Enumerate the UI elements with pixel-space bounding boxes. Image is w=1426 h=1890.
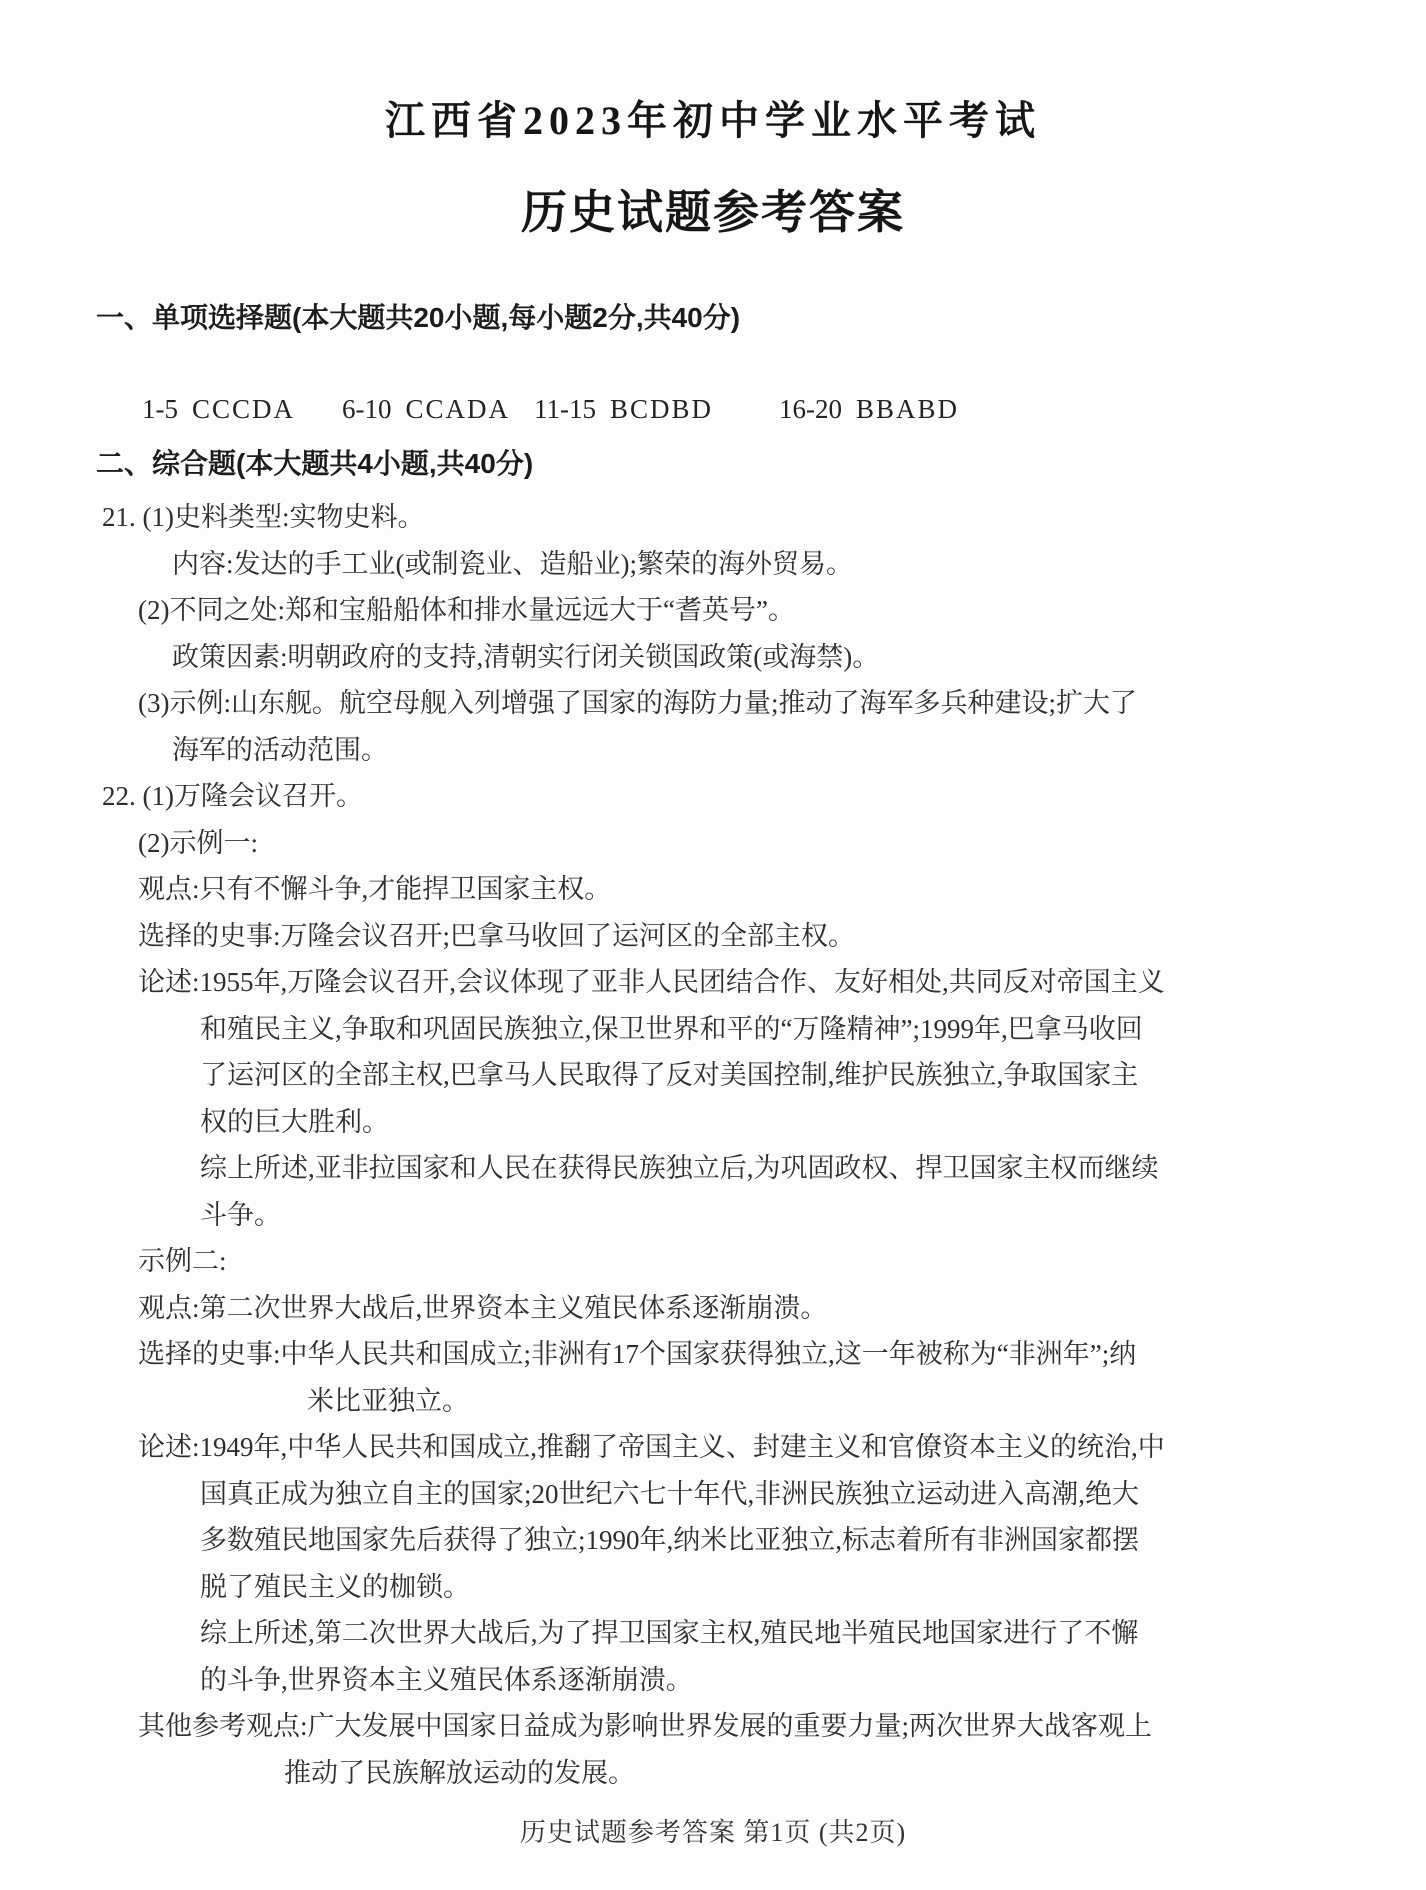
answer-line: 观点:第二次世界大战后,世界资本主义殖民体系逐渐崩溃。 (96, 1285, 1330, 1332)
answer-line: 21. (1)史料类型:实物史料。 (96, 494, 1330, 541)
answer-line: 综上所述,亚非拉国家和人民在获得民族独立后,为巩固政权、捍卫国家主权而继续 (96, 1145, 1330, 1192)
answer-line: 权的巨大胜利。 (96, 1099, 1330, 1146)
answer-range: 6-10 (342, 394, 392, 424)
answer-line: (3)示例:山东舰。航空母舰入列增强了国家的海防力量;推动了海军多兵种建设;扩大… (96, 680, 1330, 727)
answer-letters: BCDBD (610, 394, 713, 424)
answer-line: 论述:1949年,中华人民共和国成立,推翻了帝国主义、封建主义和官僚资本主义的统… (96, 1424, 1330, 1471)
answer-line: 综上所述,第二次世界大战后,为了捍卫国家主权,殖民地半殖民地国家进行了不懈 (96, 1610, 1330, 1657)
section-one-heading: 一、单项选择题(本大题共20小题,每小题2分,共40分) (96, 298, 1330, 338)
answer-key-title: 历史试题参考答案 (96, 182, 1330, 244)
answer-body: 21. (1)史料类型:实物史料。内容:发达的手工业(或制瓷业、造船业);繁荣的… (96, 494, 1330, 1796)
answer-line: 内容:发达的手工业(或制瓷业、造船业);繁荣的海外贸易。 (96, 541, 1330, 588)
answer-letters: CCCDA (192, 394, 295, 424)
answer-line: 示例二: (96, 1238, 1330, 1285)
answer-line: 多数殖民地国家先后获得了独立;1990年,纳米比亚独立,标志着所有非洲国家都摆 (96, 1517, 1330, 1564)
document-page: 江西省2023年初中学业水平考试 历史试题参考答案 一、单项选择题(本大题共20… (0, 0, 1426, 1890)
page-footer: 历史试题参考答案 第1页 (共2页) (96, 1814, 1330, 1852)
answer-line: 和殖民主义,争取和巩固民族独立,保卫世界和平的“万隆精神”;1999年,巴拿马收… (96, 1006, 1330, 1053)
section-two-heading: 二、综合题(本大题共4小题,共40分) (96, 444, 1330, 484)
answer-line: 选择的史事:中华人民共和国成立;非洲有17个国家获得独立,这一年被称为“非洲年”… (96, 1331, 1330, 1378)
multiple-choice-answers: 1-5CCCDA6-10CCADA11-15BCDBD16-20BBABD (96, 388, 1330, 430)
answer-line: 国真正成为独立自主的国家;20世纪六七十年代,非洲民族独立运动进入高潮,绝大 (96, 1471, 1330, 1518)
answer-line: 推动了民族解放运动的发展。 (96, 1750, 1330, 1797)
answer-range: 1-5 (142, 394, 178, 424)
answer-line: 其他参考观点:广大发展中国家日益成为影响世界发展的重要力量;两次世界大战客观上 (96, 1703, 1330, 1750)
answer-group: 11-15BCDBD (534, 388, 779, 430)
answer-line: 脱了殖民主义的枷锁。 (96, 1564, 1330, 1611)
answer-group: 6-10CCADA (342, 388, 534, 430)
answer-line: 政策因素:明朝政府的支持,清朝实行闭关锁国政策(或海禁)。 (96, 634, 1330, 681)
answer-line: 的斗争,世界资本主义殖民体系逐渐崩溃。 (96, 1657, 1330, 1704)
answer-letters: BBABD (856, 394, 959, 424)
answer-group: 1-5CCCDA (142, 388, 342, 430)
answer-line: 论述:1955年,万隆会议召开,会议体现了亚非人民团结合作、友好相处,共同反对帝… (96, 959, 1330, 1006)
answer-line: 22. (1)万隆会议召开。 (96, 773, 1330, 820)
answer-line: 斗争。 (96, 1192, 1330, 1239)
answer-line: 选择的史事:万隆会议召开;巴拿马收回了运河区的全部主权。 (96, 913, 1330, 960)
exam-title: 江西省2023年初中学业水平考试 (96, 92, 1330, 150)
answer-line: 了运河区的全部主权,巴拿马人民取得了反对美国控制,维护民族独立,争取国家主 (96, 1052, 1330, 1099)
answer-letters: CCADA (406, 394, 511, 424)
answer-line: 海军的活动范围。 (96, 727, 1330, 774)
answer-range: 16-20 (779, 394, 842, 424)
answer-line: 观点:只有不懈斗争,才能捍卫国家主权。 (96, 866, 1330, 913)
answer-range: 11-15 (534, 394, 596, 424)
answer-group: 16-20BBABD (779, 388, 959, 430)
answer-line: 米比亚独立。 (96, 1378, 1330, 1425)
answer-line: (2)示例一: (96, 820, 1330, 867)
answer-line: (2)不同之处:郑和宝船船体和排水量远远大于“耆英号”。 (96, 587, 1330, 634)
